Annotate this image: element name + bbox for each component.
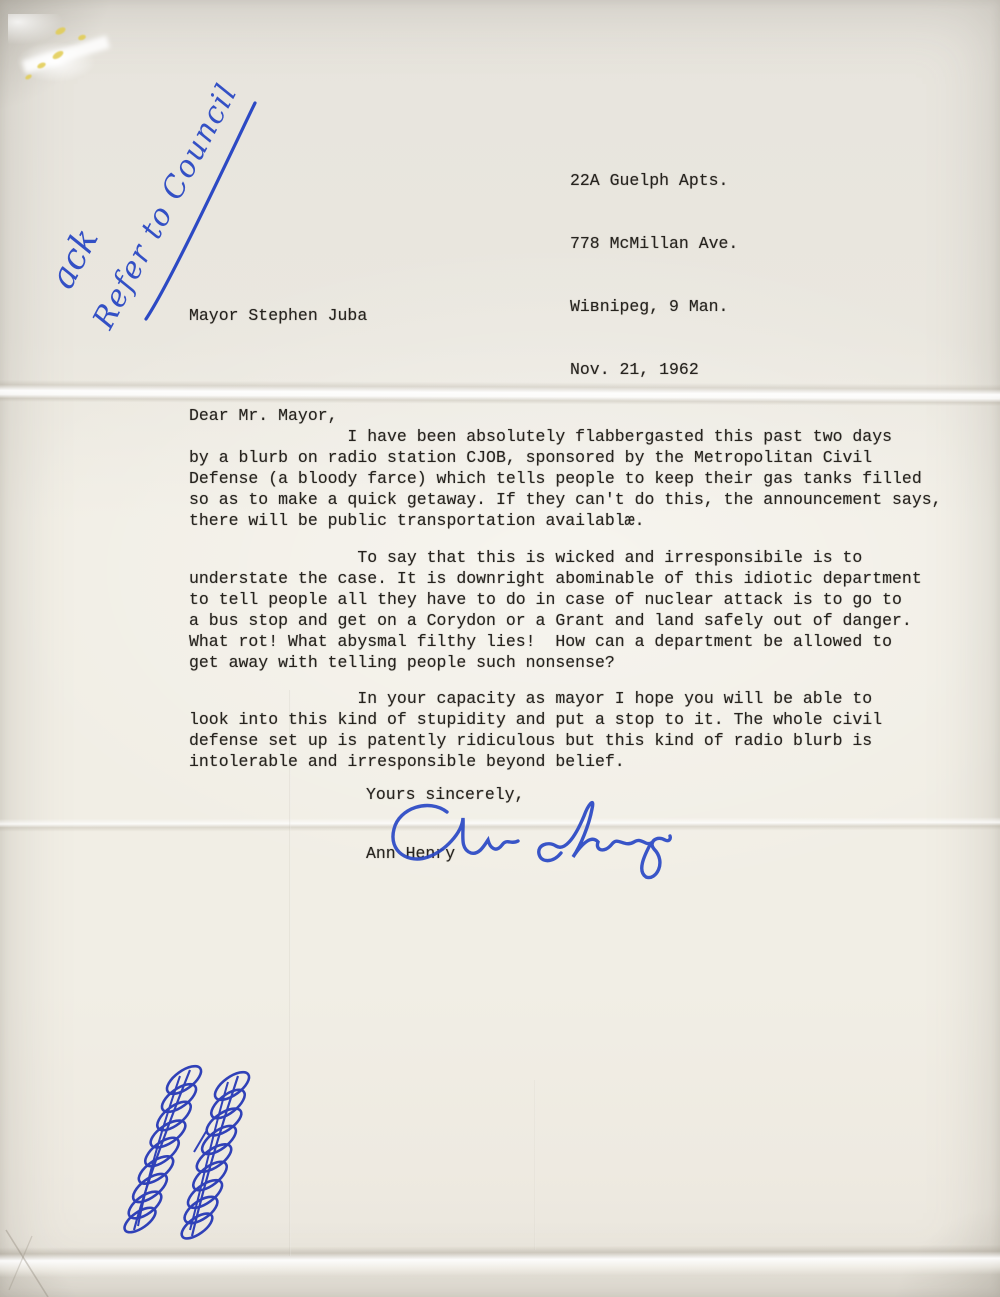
scanned-letter-page: ack Refer to Council 22A Guelph Apts. 77… (0, 0, 1000, 1297)
sender-address-block: 22A Guelph Apts. 778 McMillan Ave. Wiʙni… (570, 128, 738, 422)
signature-ann-stroke (393, 806, 518, 859)
tape-residue-speck (77, 34, 86, 41)
corner-creases (0, 1228, 90, 1297)
body-paragraph-2: To say that this is wicked and irrespons… (189, 547, 922, 673)
annotation-ack-text: ack (43, 222, 107, 295)
salutation: Dear Mr. Mayor, (189, 405, 338, 426)
scribble-column-left (121, 1061, 206, 1237)
body-paragraph-1: I have been absolutely flabbergasted thi… (189, 426, 942, 531)
signature-henry-stroke (539, 803, 670, 878)
ink-scribbles (100, 1058, 300, 1258)
sender-address-line-1: 22A Guelph Apts. (570, 170, 738, 191)
handwritten-annotation: ack Refer to Council (30, 45, 280, 335)
body-paragraph-3: In your capacity as mayor I hope you wil… (189, 688, 882, 772)
sender-address-line-3: Wiʙnipeg, 9 Man. (570, 296, 738, 317)
signature-ann-henry (383, 796, 675, 891)
vertical-crease-center (534, 1080, 536, 1250)
recipient-name: Mayor Stephen Juba (189, 305, 367, 326)
letter-date: Nov. 21, 1962 (570, 359, 738, 380)
tape-residue-speck (54, 26, 67, 36)
sender-address-line-2: 778 McMillan Ave. (570, 233, 738, 254)
scribble-column-right (178, 1067, 254, 1243)
annotation-refer-to-council-text: Refer to Council (86, 78, 245, 336)
fold-crease-top (0, 380, 1000, 406)
